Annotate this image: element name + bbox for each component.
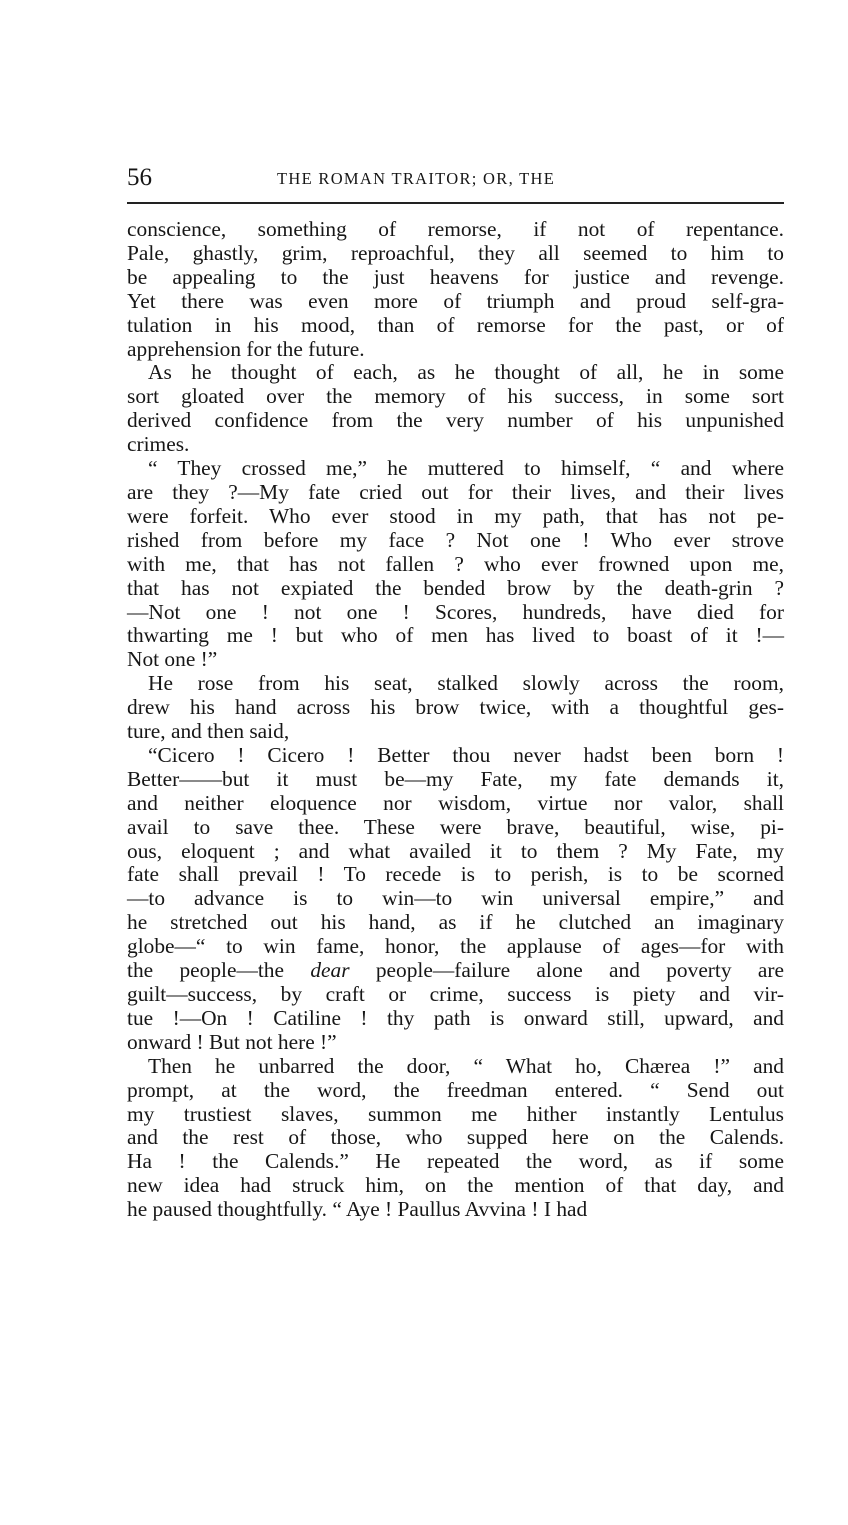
body-text: conscience, something of remorse, if not… [127,218,784,1222]
italic-text: dear [310,958,349,982]
text-line: and neither eloquence nor wisdom, virtue… [127,792,784,816]
text-line: derived confidence from the very number … [127,409,784,433]
paragraph: As he thought of each, as he thought of … [127,361,784,457]
text-line: with me, that has not fallen ? who ever … [127,553,784,577]
text-line: and the rest of those, who supped here o… [127,1126,784,1150]
text-line: my trustiest slaves, summon me hither in… [127,1103,784,1127]
text-line: fate shall prevail ! To recede is to per… [127,863,784,887]
text-line: He rose from his seat, stalked slowly ac… [127,672,784,696]
text-line: he stretched out his hand, as if he clut… [127,911,784,935]
text-line: As he thought of each, as he thought of … [127,361,784,385]
text-line: —Not one ! not one ! Scores, hundreds, h… [127,601,784,625]
paragraph: “ They crossed me,” he muttered to himse… [127,457,784,672]
text-line: Better——but it must be—my Fate, my fate … [127,768,784,792]
text-line: onward ! But not here !” [127,1031,784,1055]
text-line: Not one !” [127,648,784,672]
text-line: Yet there was even more of triumph and p… [127,290,784,314]
paragraph: Then he unbarred the door, “ What ho, Ch… [127,1055,784,1222]
text-line: avail to save thee. These were brave, be… [127,816,784,840]
paragraph: conscience, something of remorse, if not… [127,218,784,361]
page-number: 56 [127,163,152,193]
text-line: be appealing to the just heavens for jus… [127,266,784,290]
text-line: Pale, ghastly, grim, reproachful, they a… [127,242,784,266]
text-line: tue !—On ! Catiline ! thy path is onward… [127,1007,784,1031]
text-line: ture, and then said, [127,720,784,744]
text-line: globe—“ to win fame, honor, the applause… [127,935,784,959]
running-title: THE ROMAN TRAITOR; OR, THE [277,166,555,192]
text-line: that has not expiated the bended brow by… [127,577,784,601]
text-line: tulation in his mood, than of remorse fo… [127,314,784,338]
running-head: 56 THE ROMAN TRAITOR; OR, THE [127,163,784,193]
text-line: conscience, something of remorse, if not… [127,218,784,242]
text-line: apprehension for the future. [127,338,784,362]
text-line: ous, eloquent ; and what availed it to t… [127,840,784,864]
text-line: Then he unbarred the door, “ What ho, Ch… [127,1055,784,1079]
text-line: “Cicero ! Cicero ! Better thou never had… [127,744,784,768]
text-line: drew his hand across his brow twice, wit… [127,696,784,720]
book-page: 56 THE ROMAN TRAITOR; OR, THE conscience… [0,0,848,1525]
text-line: rished from before my face ? Not one ! W… [127,529,784,553]
text-line: —to advance is to win—to win universal e… [127,887,784,911]
text-line: he paused thoughtfully. “ Aye ! Paullus … [127,1198,784,1222]
text-line: thwarting me ! but who of men has lived … [127,624,784,648]
paragraph: “Cicero ! Cicero ! Better thou never had… [127,744,784,1055]
text-line: crimes. [127,433,784,457]
text-line: Ha ! the Calends.” He repeated the word,… [127,1150,784,1174]
text-line: are they ?—My fate cried out for their l… [127,481,784,505]
text-line: prompt, at the word, the freedman entere… [127,1079,784,1103]
text-line: guilt—success, by craft or crime, succes… [127,983,784,1007]
paragraph: He rose from his seat, stalked slowly ac… [127,672,784,744]
text-line: new idea had struck him, on the mention … [127,1174,784,1198]
text-line: sort gloated over the memory of his succ… [127,385,784,409]
text-line: “ They crossed me,” he muttered to himse… [127,457,784,481]
text-line: the people—the dear people—failure alone… [127,959,784,983]
text-line: were forfeit. Who ever stood in my path,… [127,505,784,529]
header-rule [127,202,784,204]
